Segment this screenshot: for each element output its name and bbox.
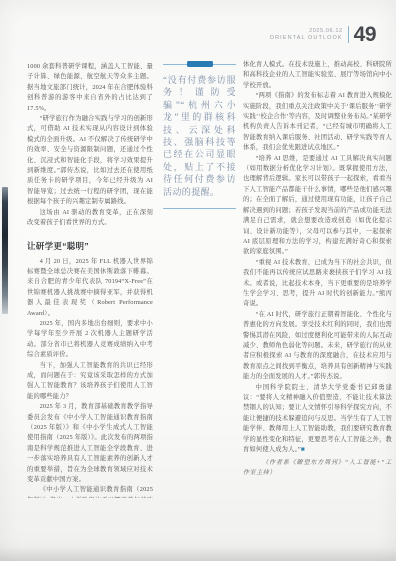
paragraph: “在 AI 时代，研学旅行正朝着智能化、个性化与普惠化的方向发展。享受技术红利的…: [243, 310, 392, 383]
closing-paragraph: 中国科学院院士、清华大学党委书记邱勇建议：“要将人文精神融入价值塑造，不能让技术…: [243, 383, 392, 456]
paragraph-text: 中国科学院院士、清华大学党委书记邱勇建议：“要将人文精神融入价值塑造，不能让技术…: [243, 384, 392, 453]
header-divider: [348, 26, 349, 43]
paragraph: 体化育人模式。在技术设施上，推动高校、科研院所和高科技企业的人工智能实验室、展厅…: [243, 60, 392, 91]
paragraph: “培养 AI 思维，是要通过 AI 工具解决真实问题（如用数据分析优化学习计划）…: [243, 154, 392, 258]
paragraph: “重视 AI 技术教育，已成为当下的社会共识，但我们不能再以传统应试思路来裹挟孩…: [243, 258, 392, 310]
pull-quote-text: “没有付费参访服务！谨防受骗”“杭州六小龙”里的群核科技、云深处科技、强脑科技等…: [163, 74, 236, 198]
magazine-name: ORIENTAL OUTLOOK: [270, 35, 343, 42]
section-heading: 让研学更“聪明”: [27, 240, 153, 252]
paragraph: “两项《指南》的发布标志着 AI 教育进入规模化实施阶段，我们重点关注政策中关于…: [243, 91, 392, 153]
pull-quote: “没有付费参访服务！谨防受骗”“杭州六小龙”里的群核科技、云深处科技、强脑科技等…: [163, 64, 236, 209]
article-end-mark: ■: [301, 446, 305, 453]
paragraph: 《中小学人工智能通识教育指南（2025 年版）》指出，小学阶段注重兴趣培养与基础…: [27, 485, 153, 498]
paragraph: 1000 余套科普研学课程，涵盖人工智能、量子计算、绿色能源、航空航天等众多主题…: [27, 62, 153, 114]
paragraph: 2025 年，国内多地出台细则，要求中小学每学年至少开展 2 次机器人主题研学活…: [27, 319, 153, 361]
paragraph: 2025 年 3 月，教育部基础教育教学指导委员会发布《中小学人工智能通识教育指…: [27, 402, 153, 485]
paragraph: 这场由 AI 驱动的教育变革，正在深刻改变着孩子们看世界的方式。: [27, 208, 153, 229]
magazine-page: 2025.06.12 ORIENTAL OUTLOOK 49 1000 余套科普…: [0, 0, 396, 561]
issue-date: 2025.06.12: [270, 28, 343, 35]
right-column: 体化育人模式。在技术设施上，推动高校、科研院所和高科技企业的人工智能实验室、展厅…: [243, 60, 392, 478]
page-bottom-shadow: [0, 547, 396, 561]
page-edge-tab: [2, 187, 8, 314]
paragraph: 4 月 20 日，2025 年 FLL 机器人世界锦标赛暨全球总决赛在美国休斯敦…: [27, 257, 153, 319]
pull-quote-bottom-rule: [163, 208, 236, 209]
page-number: 49: [354, 24, 376, 45]
header-meta: 2025.06.12 ORIENTAL OUTLOOK: [270, 28, 343, 42]
pull-quote-top-rule: [163, 64, 236, 65]
paragraph: “研学旅行作为融合实践与学习的创新形式，可借助 AI 技术实现从内容设计到体验模…: [27, 114, 153, 208]
pull-quote-tick-icon: [187, 61, 213, 67]
page-header: 2025.06.12 ORIENTAL OUTLOOK 49: [270, 24, 376, 45]
paragraph: 当下，加强人工智能教育的共识已经形成，而问题在于：究竟该采取怎样的方式加强人工智…: [27, 361, 153, 403]
left-column: 1000 余套科普研学课程，涵盖人工智能、量子计算、绿色能源、航空航天等众多主题…: [27, 62, 153, 498]
author-note: （作者系《瞭望东方周刊》“人工智能+”工作室主持）: [243, 458, 392, 478]
